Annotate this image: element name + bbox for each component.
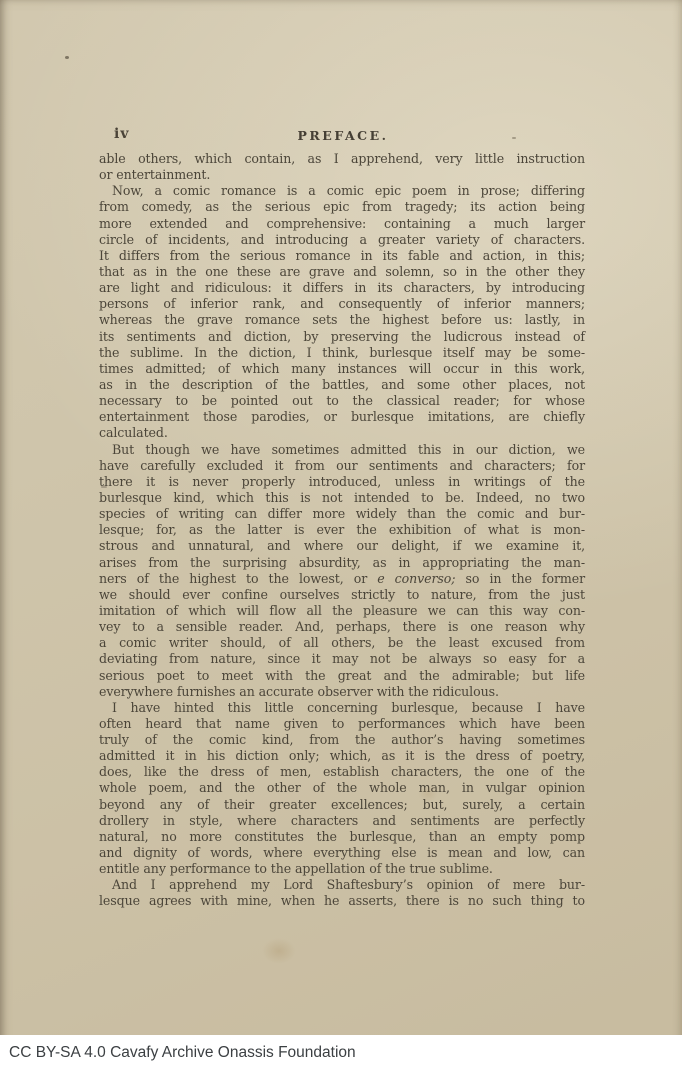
text-line: imitation of which will flow all the ple… <box>99 603 585 619</box>
text-line: strous and unnatural, and where our deli… <box>99 538 585 554</box>
paragraph: But though we have sometimes admitted th… <box>99 442 585 700</box>
text-line: or entertainment. <box>99 167 585 183</box>
text-line: we should ever confine ourselves strictl… <box>99 587 585 603</box>
paragraph-continuation: able others, which contain, as I apprehe… <box>99 151 585 183</box>
text-line: And I apprehend my Lord Shaftesbury’s op… <box>99 877 585 893</box>
text-line: serious poet to meet with the great and … <box>99 668 585 684</box>
paragraph: Now, a comic romance is a comic epic poe… <box>99 183 585 441</box>
text-line: persons of inferior rank, and consequent… <box>99 296 585 312</box>
screenshot-viewport: iv PREFACE. able others, which contain, … <box>0 0 682 1070</box>
text-line: truly of the comic kind, from the author… <box>99 732 585 748</box>
text-line: more extended and comprehensive: contain… <box>99 216 585 232</box>
paper-speck <box>101 486 107 488</box>
text-line: deviating from nature, since it may not … <box>99 651 585 667</box>
text-line: necessary to be pointed out to the class… <box>99 393 585 409</box>
page-title: PREFACE. <box>100 128 586 143</box>
paragraph: And I apprehend my Lord Shaftesbury’s op… <box>99 877 585 909</box>
scanned-book-page: iv PREFACE. able others, which contain, … <box>0 0 682 1070</box>
text-line: I have hinted this little concerning bur… <box>99 700 585 716</box>
paragraph: I have hinted this little concerning bur… <box>99 700 585 878</box>
text-line: circle of incidents, and introducing a g… <box>99 232 585 248</box>
text-line: and dignity of words, where everything e… <box>99 845 585 861</box>
text-line: whereas the grave romance sets the highe… <box>99 312 585 328</box>
text-line: as in the description of the battles, an… <box>99 377 585 393</box>
text-line: drollery in style, where characters and … <box>99 813 585 829</box>
text-line: Now, a comic romance is a comic epic poe… <box>99 183 585 199</box>
license-bar: CC BY-SA 4.0 Cavafy Archive Onassis Foun… <box>0 1035 682 1070</box>
text-line: lesque agrees with mine, when he asserts… <box>99 893 585 909</box>
text-line: entertainment those parodies, or burlesq… <box>99 409 585 425</box>
text-line: burlesque kind, which this is not intend… <box>99 490 585 506</box>
license-text: CC BY-SA 4.0 Cavafy Archive Onassis Foun… <box>9 1044 356 1062</box>
text-line: from comedy, as the serious epic from tr… <box>99 199 585 215</box>
text-segment: so in the former <box>455 571 585 586</box>
text-line: whole poem, and the other of the whole m… <box>99 780 585 796</box>
text-line: beyond any of their greater excellences;… <box>99 797 585 813</box>
text-line: natural, no more constitutes the burlesq… <box>99 829 585 845</box>
text-line: times admitted; of which many instances … <box>99 361 585 377</box>
paper-speck <box>512 137 516 139</box>
paper-speck <box>65 56 69 59</box>
text-line: entitle any performance to the appellati… <box>99 861 585 877</box>
text-line: the sublime. In the diction, I think, bu… <box>99 345 585 361</box>
text-line: that as in the one these are grave and s… <box>99 264 585 280</box>
text-line: are light and ridiculous: it differs in … <box>99 280 585 296</box>
text-line: everywhere furnishes an accurate observe… <box>99 684 585 700</box>
text-line: its sentiments and diction, by preservin… <box>99 329 585 345</box>
text-line: often heard that name given to performan… <box>99 716 585 732</box>
text-line: able others, which contain, as I apprehe… <box>99 151 585 167</box>
text-line: there it is never properly introduced, u… <box>99 474 585 490</box>
page-text: able others, which contain, as I apprehe… <box>99 151 585 910</box>
paper-stain <box>220 324 234 336</box>
text-line: have carefully excluded it from our sent… <box>99 458 585 474</box>
text-line: ners of the highest to the lowest, or e … <box>99 571 585 587</box>
text-line: lesque; for, as the latter is ever the e… <box>99 522 585 538</box>
text-line: does, like the dress of men, establish c… <box>99 764 585 780</box>
paper-stain <box>418 786 438 802</box>
paper-stain <box>262 938 296 964</box>
text-line: admitted it in his diction only; which, … <box>99 748 585 764</box>
text-segment: ners of the highest to the lowest, or <box>99 571 377 586</box>
text-line: arises from the surprising absurdity, as… <box>99 555 585 571</box>
text-line: But though we have sometimes admitted th… <box>99 442 585 458</box>
text-line: vey to a sensible reader. And, perhaps, … <box>99 619 585 635</box>
text-line: calculated. <box>99 425 585 441</box>
italic-phrase: e converso; <box>377 571 455 586</box>
text-line: It differs from the serious romance in i… <box>99 248 585 264</box>
text-line: a comic writer should, of all others, be… <box>99 635 585 651</box>
text-line: species of writing can differ more widel… <box>99 506 585 522</box>
